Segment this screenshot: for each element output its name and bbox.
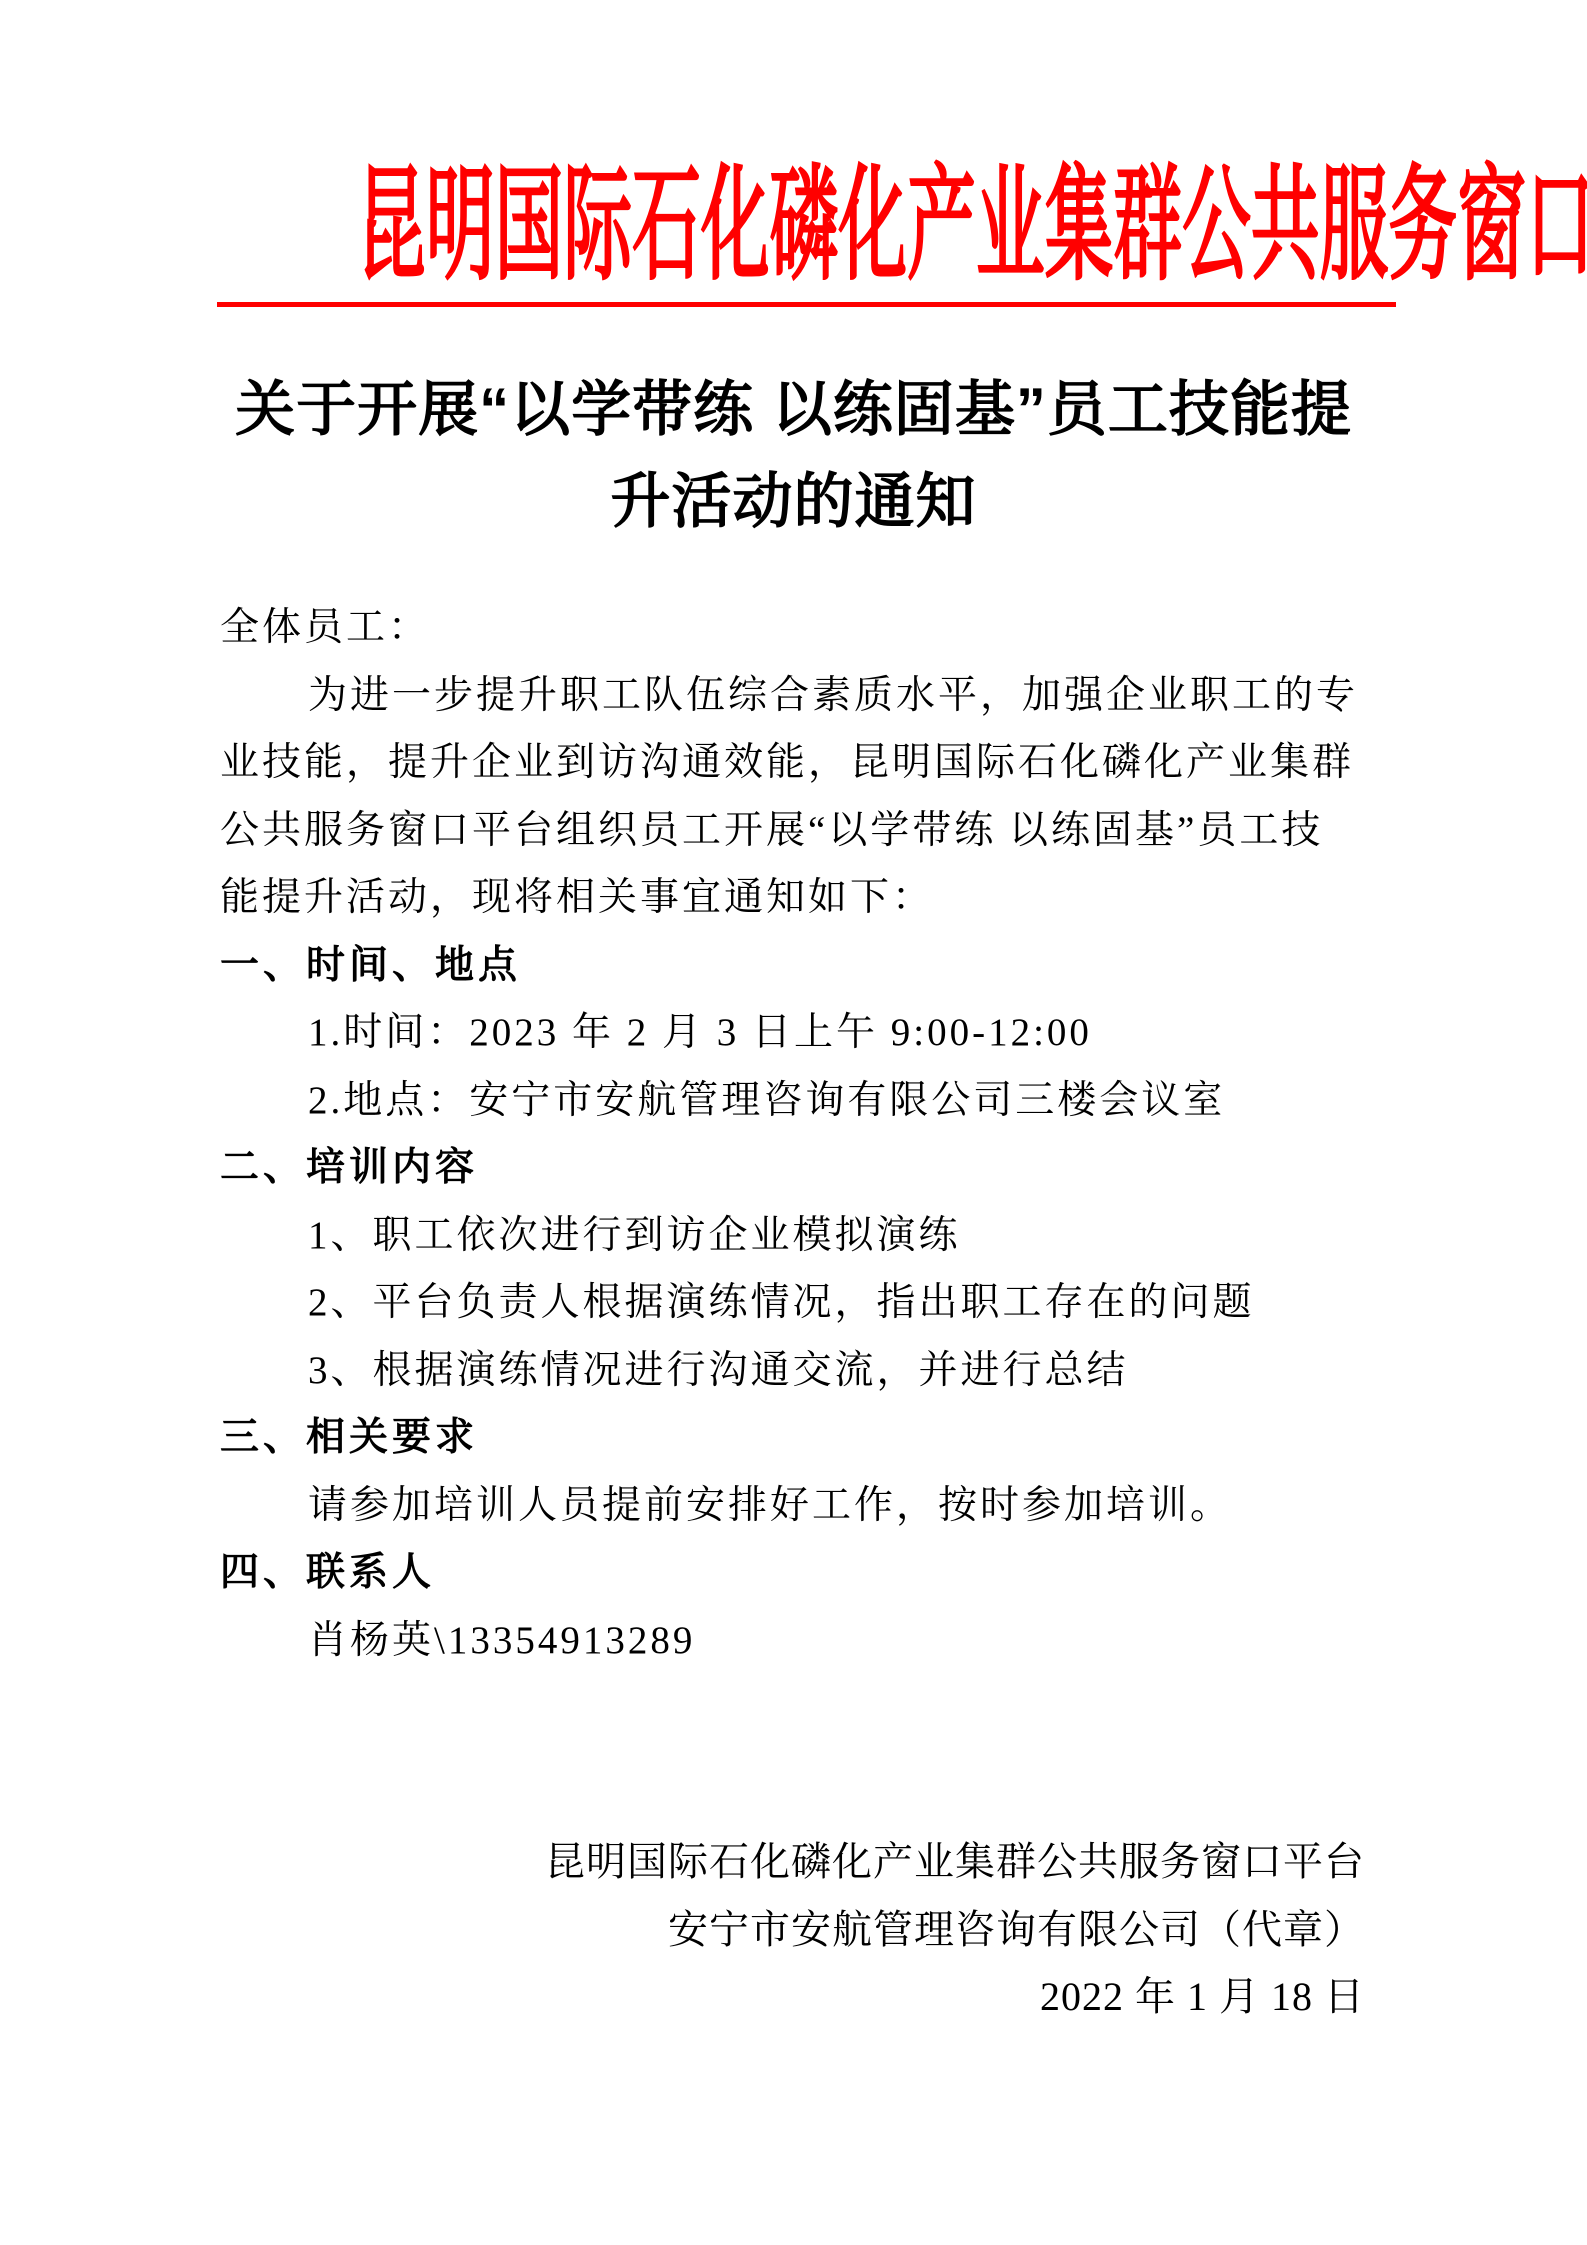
body-line: 三、相关要求	[220, 1404, 1370, 1472]
body-line: 公共服务窗口平台组织员工开展“以学带练 以练固基”员工技	[220, 797, 1370, 865]
body-line: 全体员工：	[220, 594, 1370, 662]
signature-org-line1: 昆明国际石化磷化产业集群公共服务窗口平台	[545, 1828, 1365, 1896]
body-line: 肖杨英\13354913289	[220, 1607, 1370, 1675]
document-title: 关于开展“以学带练 以练固基”员工技能提 升活动的通知	[0, 364, 1587, 548]
body-line: 3、根据演练情况进行沟通交流，并进行总结	[220, 1337, 1370, 1405]
body-line: 为进一步提升职工队伍综合素质水平，加强企业职工的专	[220, 662, 1370, 730]
body-line: 二、培训内容	[220, 1134, 1370, 1202]
body-line: 1、职工依次进行到访企业模拟演练	[220, 1202, 1370, 1270]
body-line: 能提升活动，现将相关事宜通知如下：	[220, 864, 1370, 932]
body-line: 四、联系人	[220, 1539, 1370, 1607]
body-line: 请参加培训人员提前安排好工作，按时参加培训。	[220, 1472, 1370, 1540]
body-line: 1.时间：2023 年 2 月 3 日上午 9:00-12:00	[220, 999, 1370, 1067]
document-body: 全体员工：为进一步提升职工队伍综合素质水平，加强企业职工的专业技能，提升企业到访…	[220, 594, 1370, 1674]
document-title-line1: 关于开展“以学带练 以练固基”员工技能提	[0, 364, 1587, 456]
signature-org-line2: 安宁市安航管理咨询有限公司（代章）	[545, 1896, 1365, 1964]
signature-block: 昆明国际石化磷化产业集群公共服务窗口平台 安宁市安航管理咨询有限公司（代章） 2…	[545, 1828, 1365, 2031]
body-line: 业技能，提升企业到访沟通效能，昆明国际石化磷化产业集群	[220, 729, 1370, 797]
body-line: 一、时间、地点	[220, 932, 1370, 1000]
signature-date: 2022 年 1 月 18 日	[545, 1963, 1365, 2031]
body-line: 2.地点：安宁市安航管理咨询有限公司三楼会议室	[220, 1067, 1370, 1135]
document-title-line2: 升活动的通知	[0, 456, 1587, 548]
document-page: 昆明国际石化磷化产业集群公共服务窗口平台 关于开展“以学带练 以练固基”员工技能…	[0, 0, 1587, 2245]
body-line: 2、平台负责人根据演练情况，指出职工存在的问题	[220, 1269, 1370, 1337]
letterhead-divider-line	[217, 302, 1396, 307]
letterhead-org-title: 昆明国际石化磷化产业集群公共服务窗口平台	[357, 152, 1230, 302]
